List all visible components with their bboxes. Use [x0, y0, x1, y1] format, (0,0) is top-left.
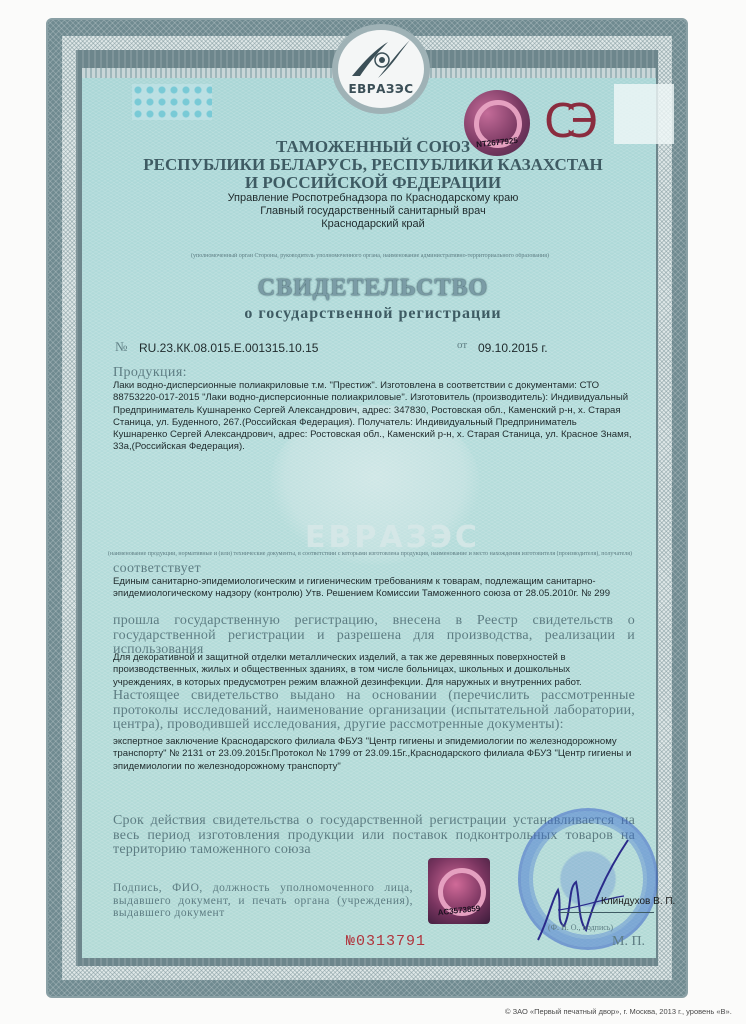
hologram-stamp-bottom: AC3573859 — [428, 858, 490, 924]
watermark-text: ЕВРАЗЭС — [305, 520, 480, 555]
signer-name: Клиндухов В. П. — [601, 896, 675, 907]
issuing-authority: Управление Роспотребнадзора по Краснодар… — [100, 192, 646, 205]
basis-documents: экспертное заключение Краснодарского фил… — [113, 736, 633, 773]
date-label: от — [457, 339, 467, 351]
lace-pattern — [132, 84, 212, 120]
signature-caption: Подпись, ФИО, должность уполномоченного … — [113, 882, 413, 920]
document-title: СВИДЕТЕЛЬСТВО — [100, 275, 646, 302]
eurasec-emblem: ЕВРАЗЭС — [338, 30, 424, 108]
conformity-label: соответствует — [113, 561, 201, 577]
conformity-text: Единым санитарно-эпидемиологическим и ги… — [113, 576, 633, 601]
signature-icon — [528, 830, 648, 950]
product-caption: (наименование продукции, нормативные и (… — [90, 551, 650, 557]
header-line-3: И РОССИЙСКОЙ ФЕДЕРАЦИИ — [100, 173, 646, 193]
header-line-1: ТАМОЖЕННЫЙ СОЮЗ — [100, 137, 646, 157]
blank-patch — [614, 84, 674, 144]
header-line-2: РЕСПУБЛИКИ БЕЛАРУСЬ, РЕСПУБЛИКИ КАЗАХСТА… — [100, 155, 646, 175]
basis-statement: Настоящее свидетельство выдано на основа… — [113, 689, 635, 733]
product-description: Лаки водно-дисперсионные полиакриловые т… — [113, 380, 633, 454]
printer-note: © ЗАО «Первый печатный двор», г. Москва,… — [505, 1007, 732, 1016]
registration-date: 09.10.2015 г. — [478, 341, 548, 355]
authority-caption: (уполномоченный орган Стороны, руководит… — [90, 253, 650, 259]
eurasec-emblem-icon — [348, 36, 414, 82]
emblem-label: ЕВРАЗЭС — [338, 82, 424, 96]
stamp-place-label: М. П. — [612, 934, 645, 950]
registration-number: RU.23.КК.08.015.Е.001315.10.15 — [139, 341, 318, 355]
usage-scope: Для декоративной и защитной отделки мета… — [113, 652, 633, 689]
registry-statement: прошла государственную регистрацию, внес… — [113, 614, 635, 658]
issuing-region: Краснодарский край — [100, 218, 646, 231]
issuing-official: Главный государственный санитарный врач — [100, 205, 646, 218]
document-subtitle: о государственной регистрации — [100, 305, 646, 323]
product-label: Продукция: — [113, 365, 187, 381]
signature-line — [560, 912, 654, 913]
number-label: № — [115, 339, 127, 355]
fio-caption: (Ф. И. О., подпись) — [548, 923, 613, 932]
blank-serial-number: №0313791 — [346, 933, 426, 950]
